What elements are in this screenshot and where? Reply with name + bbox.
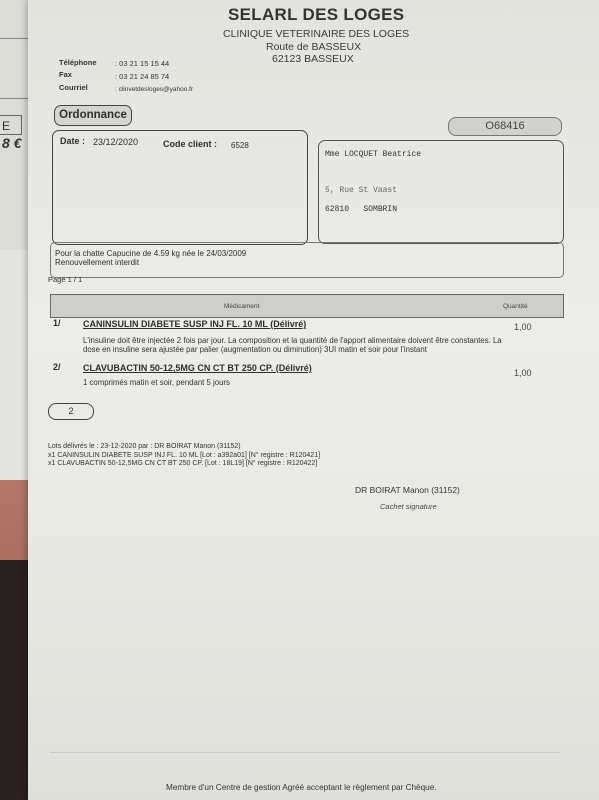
footer-text: Membre d'un Centre de gestion Agréé acce… <box>166 783 437 792</box>
item-count: 2 <box>48 403 94 420</box>
lots-header: Lots délivrés le : 23-12-2020 par : DR B… <box>48 443 320 452</box>
client-code-label: Code client : <box>163 139 217 149</box>
date-value: 23/12/2020 <box>93 137 138 147</box>
fax-label: Fax <box>59 70 72 79</box>
dosage-note: 1 comprimés matin et soir, pendant 5 jou… <box>83 378 230 388</box>
prescription-sheet: SELARL DES LOGES CLINIQUE VETERINAIRE DE… <box>28 0 599 800</box>
fax-value: : 03 21 24 85 74 <box>115 72 169 81</box>
client-city: SOMBRIN <box>363 205 397 214</box>
prescription-note: Pour la chatte Capucine de 4.59 kg née l… <box>50 242 564 278</box>
medication-quantity: 1,00 <box>514 322 532 332</box>
clinic-road: Route de BASSEUX <box>266 41 361 53</box>
phone-label: Téléphone <box>59 58 97 67</box>
client-postcode: 62810 SOMBRIN <box>325 205 397 214</box>
email-label: Courriel <box>59 83 88 92</box>
lot-line: x1 CLAVUBACTIN 50-12,5MG CN CT BT 250 CP… <box>48 460 320 469</box>
medication-name: CANINSULIN DIABETE SUSP INJ FL. 10 ML (D… <box>83 319 306 329</box>
client-code-value: 6528 <box>231 141 249 150</box>
footer-divider <box>50 752 560 753</box>
lot-line: x1 CANINSULIN DIABETE SUSP INJ FL. 10 ML… <box>48 452 320 461</box>
renewal-info: Renouvellement interdit <box>55 258 139 268</box>
column-medicament: Médicament <box>224 303 259 310</box>
medication-name: CLAVUBACTIN 50-12,5MG CN CT BT 250 CP. (… <box>83 363 312 373</box>
background-box: E <box>0 115 22 135</box>
delivered-lots: Lots délivrés le : 23-12-2020 par : DR B… <box>48 443 320 469</box>
prescription-number: O68416 <box>448 117 562 136</box>
item-number: 2/ <box>53 362 61 372</box>
column-quantite: Quantité <box>503 303 528 310</box>
client-street: 5, Rue St Vaast <box>325 186 397 195</box>
signature-label: Cachet signature <box>380 502 437 511</box>
item-number: 1/ <box>53 318 61 328</box>
email-value: : clinvetdesloges@yahoo.fr <box>115 86 193 93</box>
doctor-name: DR BOIRAT Manon (31152) <box>355 485 460 495</box>
document-type-label: Ordonnance <box>54 105 132 126</box>
clinic-city: 62123 BASSEUX <box>272 53 354 65</box>
table-row: 2/ CLAVUBACTIN 50-12,5MG CN CT BT 250 CP… <box>53 362 563 390</box>
clinic-name: SELARL DES LOGES <box>228 5 404 25</box>
date-client-box: Date : 23/12/2020 Code client : 6528 <box>52 130 308 245</box>
client-name: Mme LOCQUET Beatrice <box>325 150 421 159</box>
clinic-subtitle: CLINIQUE VETERINAIRE DES LOGES <box>223 28 409 40</box>
dosage-note: dose en insuline sera ajustée par palier… <box>83 345 427 355</box>
medication-quantity: 1,00 <box>514 368 532 378</box>
page-count: Page 1 / 1 <box>48 275 82 284</box>
client-address-box: Mme LOCQUET Beatrice 5, Rue St Vaast 628… <box>318 140 564 244</box>
background-price: 8 € <box>2 135 21 151</box>
table-header: Médicament Quantité <box>50 294 564 318</box>
table-row: 1/ CANINSULIN DIABETE SUSP INJ FL. 10 ML… <box>53 318 563 358</box>
date-label: Date : <box>60 136 85 146</box>
phone-value: : 03 21 15 15 44 <box>115 59 169 68</box>
clinic-contacts: Téléphone : 03 21 15 15 44 Fax : 03 21 2… <box>59 58 259 98</box>
client-postcode-value: 62810 <box>325 205 349 214</box>
